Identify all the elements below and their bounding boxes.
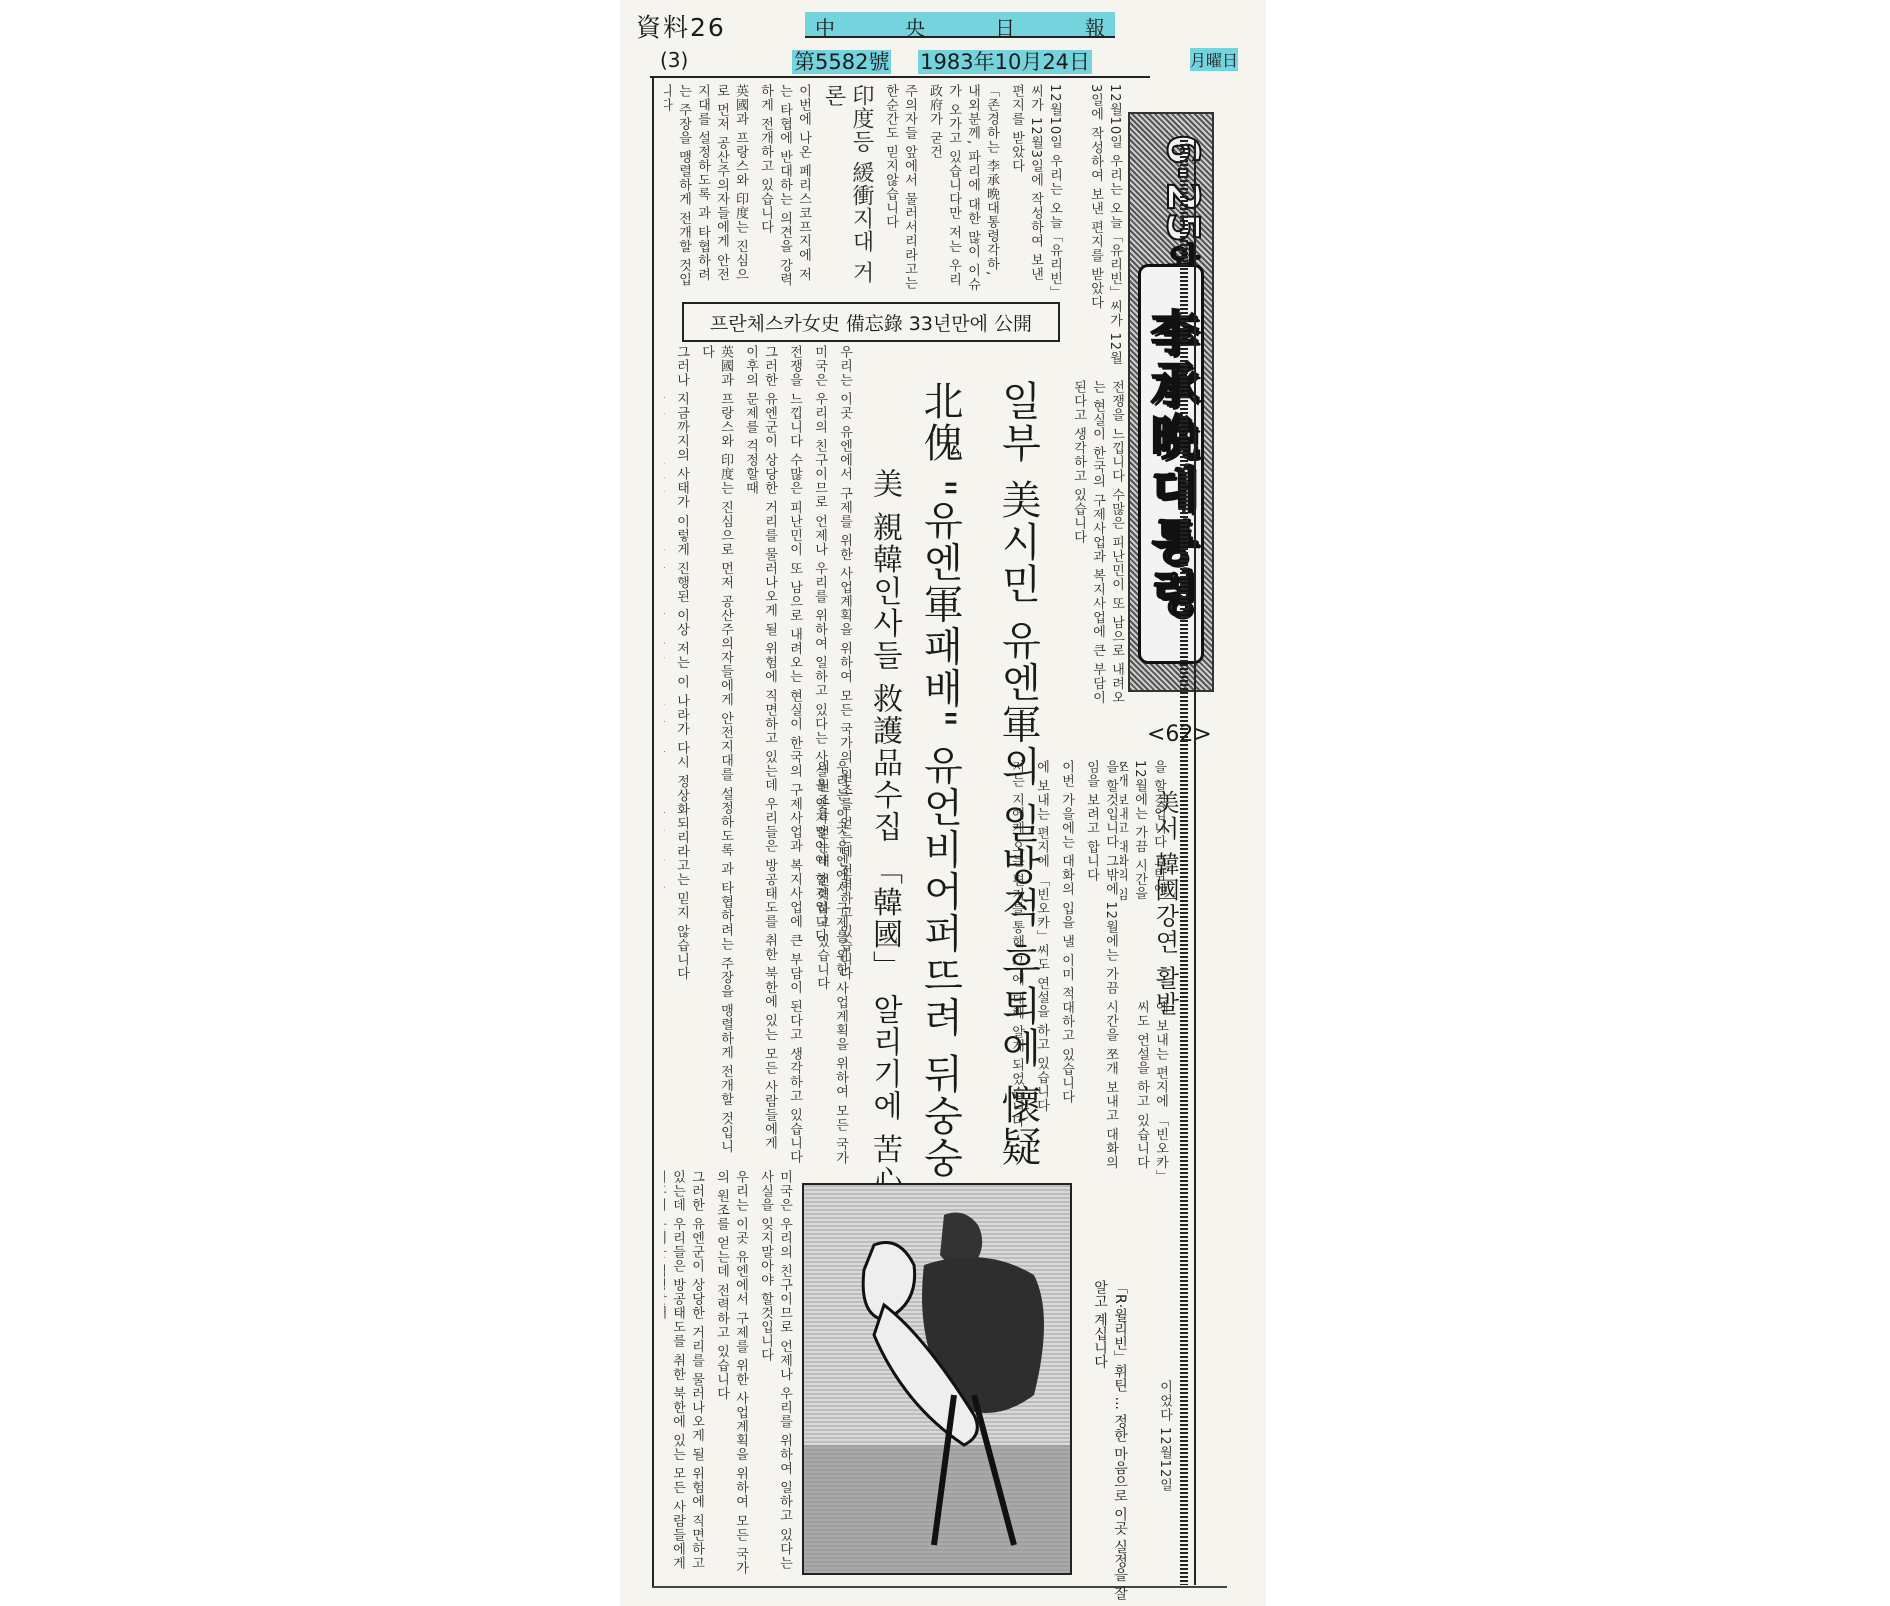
body-paragraph: 주의자들 앞에서 물러서리라고는 한순간도 믿지않습니다	[881, 84, 919, 294]
body-text-far-right: 을 할것입니다 그밖에 12월에는 가끔 시간을 쪼개 보내고 대화의 임을 보…	[1120, 760, 1168, 910]
masthead-char: 報	[1085, 12, 1105, 36]
series-banner: 6·25와 李承晩대통령	[1128, 112, 1214, 692]
body-paragraph: 12월10일 우리는 오늘「유리빈」씨가 12월3일에 작성하여 보낸 편지를 …	[1086, 84, 1124, 374]
body-paragraph: 에 보내는 편지에 「빈오카」씨도 연설을 하고 있습니다	[1032, 760, 1051, 1170]
body-text-far-right-lower: 에 보내는 편지에 「빈오카」씨도 연설을 하고 있습니다	[1080, 1000, 1170, 1180]
body-paragraph: 우리는 이곳 유엔에서 구제를 위한 사업계획을 위하여 모든 국가의 원조를 …	[712, 1170, 750, 1580]
banner-number: 6·25와	[1134, 134, 1208, 275]
issue-number: 第5582號	[792, 50, 891, 74]
body-paragraph: 英國과 프랑스와 印度는 진심으로 먼저 공산주의자들에게 안전지대를 설정하도…	[664, 84, 750, 294]
masthead-char: 央	[905, 12, 925, 36]
body-paragraph: 그러나 지금까지의 사태가 이렇게 진행된 이상 저는 이 나라가 다시 정상화…	[672, 345, 691, 1165]
newspaper-masthead: 中 央 日 報	[805, 12, 1115, 38]
third-headline: 美 親韓인사들 救護品수집 「韓國」 알리기에 苦心	[862, 468, 906, 1198]
boxed-series-heading: 프란체스카女史 備忘錄 33년만에 公開	[682, 302, 1060, 342]
photo-caption: 「R·윌리빈」휘틴 ... 정한 마음으로 이곳 실정을 잘 알고 계십니다	[1090, 1280, 1130, 1606]
frame-bottom-border	[652, 1586, 1227, 1588]
body-text-lower-left: 미국은 우리의 친구이므로 언제나 우리를 위하여 일하고 있다는 사실을 잊지…	[664, 1170, 794, 1580]
body-paragraph: 이번에 나온 페리스코프지에 저는 타협에 반대하는 의견을 강력하게 전개하고…	[664, 345, 666, 1165]
right-edge-ruler	[1180, 140, 1188, 1585]
body-paragraph: 「존경하는 李承晩대통령각하, 내외분께, 파리에 대한 많이 이슈가 오가고 …	[925, 84, 1001, 294]
body-paragraph: 이번 가을에는 대화의 입을 낼 이미 적대하고 있습니다	[1057, 760, 1076, 1170]
header-rule	[650, 76, 1150, 78]
photo-illustration	[804, 1185, 1070, 1573]
body-paragraph: 英國과 프랑스와 印度는 진심으로 먼저 공산주의자들에게 안전지대를 설정하도…	[697, 345, 735, 1165]
frame-left-border	[652, 78, 654, 1588]
body-paragraph: 12월10일 우리는 오늘「유리빈」씨가 12월3일에 작성하여 보낸 편지를 …	[1007, 84, 1064, 294]
body-paragraph: 미국은 우리의 친구이므로 언제나 우리를 위하여 일하고 있다는 사실을 잊지…	[756, 1170, 794, 1580]
section-subhead: 印度등 緩衝지대 거론	[819, 84, 875, 294]
body-paragraph: 을 할것입니다 그밖에 12월에는 가끔 시간을 쪼개 보내고 대화의 임을 보…	[1120, 760, 1168, 910]
caption-note: 이었다 12월12일	[1150, 1380, 1174, 1580]
masthead-char: 日	[995, 12, 1015, 36]
page-number: (3)	[660, 48, 688, 72]
body-paragraph: 에 보내는 편지에 「빈오카」씨도 연설을 하고 있습니다	[1132, 1000, 1170, 1180]
body-paragraph: 저는 지에게 오는 편지를 통해 그 에 대해 알게 되었습니다	[1007, 760, 1026, 1170]
body-paragraph: 그러한 유엔군이 상당한 거리를 물러나오게 될 위험에 직면하고 있는데 우리…	[664, 1170, 706, 1580]
right-edge-rule-line	[1194, 140, 1196, 1585]
news-photo-soldier-carrying-child	[802, 1183, 1072, 1575]
body-text-upper: 12월10일 우리는 오늘「유리빈」씨가 12월3일에 작성하여 보낸 편지를 …	[664, 84, 1064, 294]
body-paragraph: 우리는 이곳 유엔에서 구제를 위한 사업계획을 위하여 모든 국가의 원조를 …	[812, 760, 850, 1170]
day-of-week: 月曜日	[1190, 48, 1238, 71]
body-paragraph: 이번에 나온 페리스코프지에 저는 타협에 반대하는 의견을 강력하게 전개하고…	[756, 84, 813, 294]
issue-line: 第5582號 1983年10月24日	[792, 46, 1122, 78]
body-text-right-top: 12월10일 우리는 오늘「유리빈」씨가 12월3일에 작성하여 보낸 편지를 …	[1070, 84, 1124, 374]
archive-label: 資料26	[636, 8, 726, 44]
issue-date: 1983年10月24日	[918, 50, 1092, 74]
body-paragraph: 그러한 유엔군이 상당한 거리를 물러나오게 될 위험에 직면하고 있는데 우리…	[741, 345, 779, 1165]
masthead-char: 中	[815, 12, 835, 36]
body-paragraph: 전쟁을 느낍니다 수많은 피난민이 또 남으로 내려오는 현실이 한국의 구제사…	[1069, 380, 1126, 710]
body-text-center: 우리는 이곳 유엔에서 구제를 위한 사업계획을 위하여 모든 국가의 원조를 …	[800, 760, 850, 1170]
